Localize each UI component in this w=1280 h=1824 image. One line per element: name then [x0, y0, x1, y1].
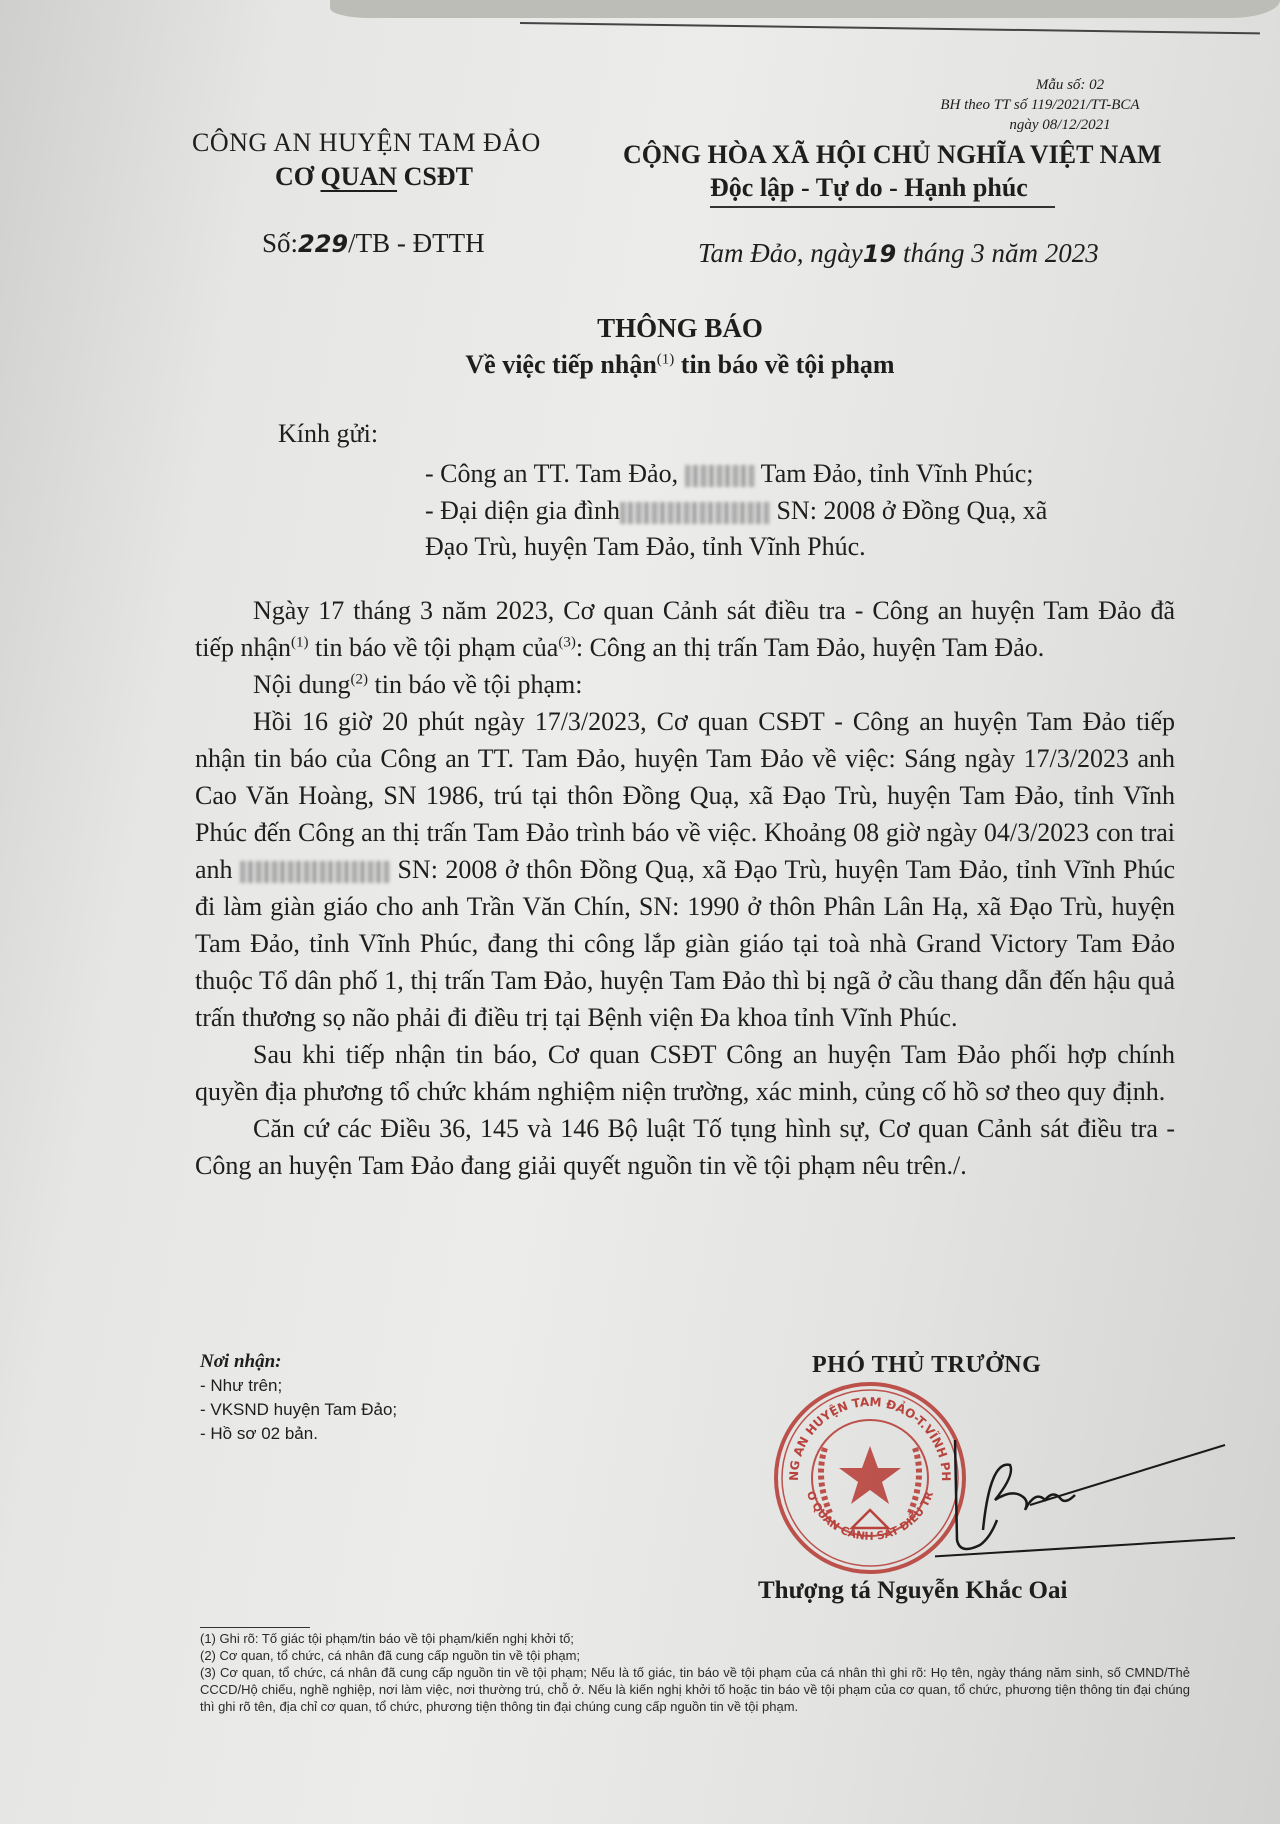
national-title: CỘNG HÒA XÃ HỘI CHỦ NGHĨA VIỆT NAM: [623, 140, 1162, 170]
recipient-item: - VKSND huyện Tam Đảo;: [200, 1398, 397, 1422]
document-title: THÔNG BÁO: [0, 313, 1280, 344]
recipients-label: Nơi nhận:: [200, 1350, 397, 1374]
signatory-title: PHÓ THỦ TRƯỞNG: [812, 1352, 1041, 1379]
paragraph-content-label: Nội dung(2) tin báo về tội phạm:: [195, 666, 1175, 703]
handwritten-day: 19: [863, 240, 896, 268]
addressee-2-cont: Đạo Trù, huyện Tam Đảo, tỉnh Vĩnh Phúc.: [425, 528, 866, 565]
date-line: Tam Đảo, ngày19 tháng 3 năm 2023: [698, 238, 1099, 269]
notice-body: Ngày 17 tháng 3 năm 2023, Cơ quan Cảnh s…: [195, 592, 1175, 1184]
form-reference: Mẫu số: 02 BH theo TT số 119/2021/TT-BCA…: [880, 75, 1200, 135]
document-subtitle: Về việc tiếp nhận(1) tin báo về tội phạm: [0, 350, 1280, 380]
redacted-text: [685, 465, 755, 487]
issuing-unit: CƠ QUAN CSĐT: [275, 162, 473, 192]
footnotes: (1) Ghi rõ: Tố giác tội phạm/tin báo về …: [200, 1630, 1190, 1715]
addressee-1: - Công an TT. Tam Đảo, Tam Đảo, tỉnh Vĩn…: [425, 455, 1033, 492]
motto-underline: [710, 206, 1055, 208]
redacted-son-name: [240, 861, 390, 883]
issuing-agency: CÔNG AN HUYỆN TAM ĐẢO: [192, 128, 541, 158]
form-date: ngày 08/12/2021: [880, 115, 1200, 135]
addressee-label: Kính gửi:: [278, 415, 378, 452]
paper-fold-shadow: [330, 0, 1280, 18]
footnote-1: (1) Ghi rõ: Tố giác tội phạm/tin báo về …: [200, 1630, 1190, 1647]
signer-name: Thượng tá Nguyễn Khắc Oai: [758, 1577, 1067, 1605]
paragraph-action: Sau khi tiếp nhận tin báo, Cơ quan CSĐT …: [195, 1036, 1175, 1110]
handwritten-number: 229: [298, 230, 348, 258]
recipients-list: Nơi nhận: - Như trên; - VKSND huyện Tam …: [200, 1350, 397, 1446]
svg-text:CÔNG AN HUYỆN TAM ĐẢO-T.VĨNH P: CÔNG AN HUYỆN TAM ĐẢO-T.VĨNH PHÚC: [770, 1378, 953, 1481]
footnote-3: (3) Cơ quan, tổ chức, cá nhân đã cung cấ…: [200, 1664, 1190, 1715]
stamp-star: [839, 1446, 901, 1504]
footnote-rule: [200, 1627, 310, 1628]
form-number: Mẫu số: 02: [880, 75, 1200, 95]
footnote-2: (2) Cơ quan, tổ chức, cá nhân đã cung cấ…: [200, 1647, 1190, 1664]
paragraph-receipt: Ngày 17 tháng 3 năm 2023, Cơ quan Cảnh s…: [195, 592, 1175, 666]
addressee-2: - Đại diện gia đình SN: 2008 ở Đồng Quạ,…: [425, 492, 1047, 529]
form-circular: BH theo TT số 119/2021/TT-BCA: [880, 95, 1200, 115]
recipient-item: - Như trên;: [200, 1374, 397, 1398]
national-motto: Độc lập - Tự do - Hạnh phúc: [710, 173, 1028, 203]
recipient-item: - Hồ sơ 02 bản.: [200, 1422, 397, 1446]
paragraph-legal-basis: Căn cứ các Điều 36, 145 và 146 Bộ luật T…: [195, 1110, 1175, 1184]
handwritten-signature-icon: [935, 1420, 1235, 1570]
redacted-name: [620, 502, 770, 524]
document-number: Số:229/TB - ĐTTH: [262, 228, 485, 259]
paragraph-content: Hồi 16 giờ 20 phút ngày 17/3/2023, Cơ qu…: [195, 703, 1175, 1036]
